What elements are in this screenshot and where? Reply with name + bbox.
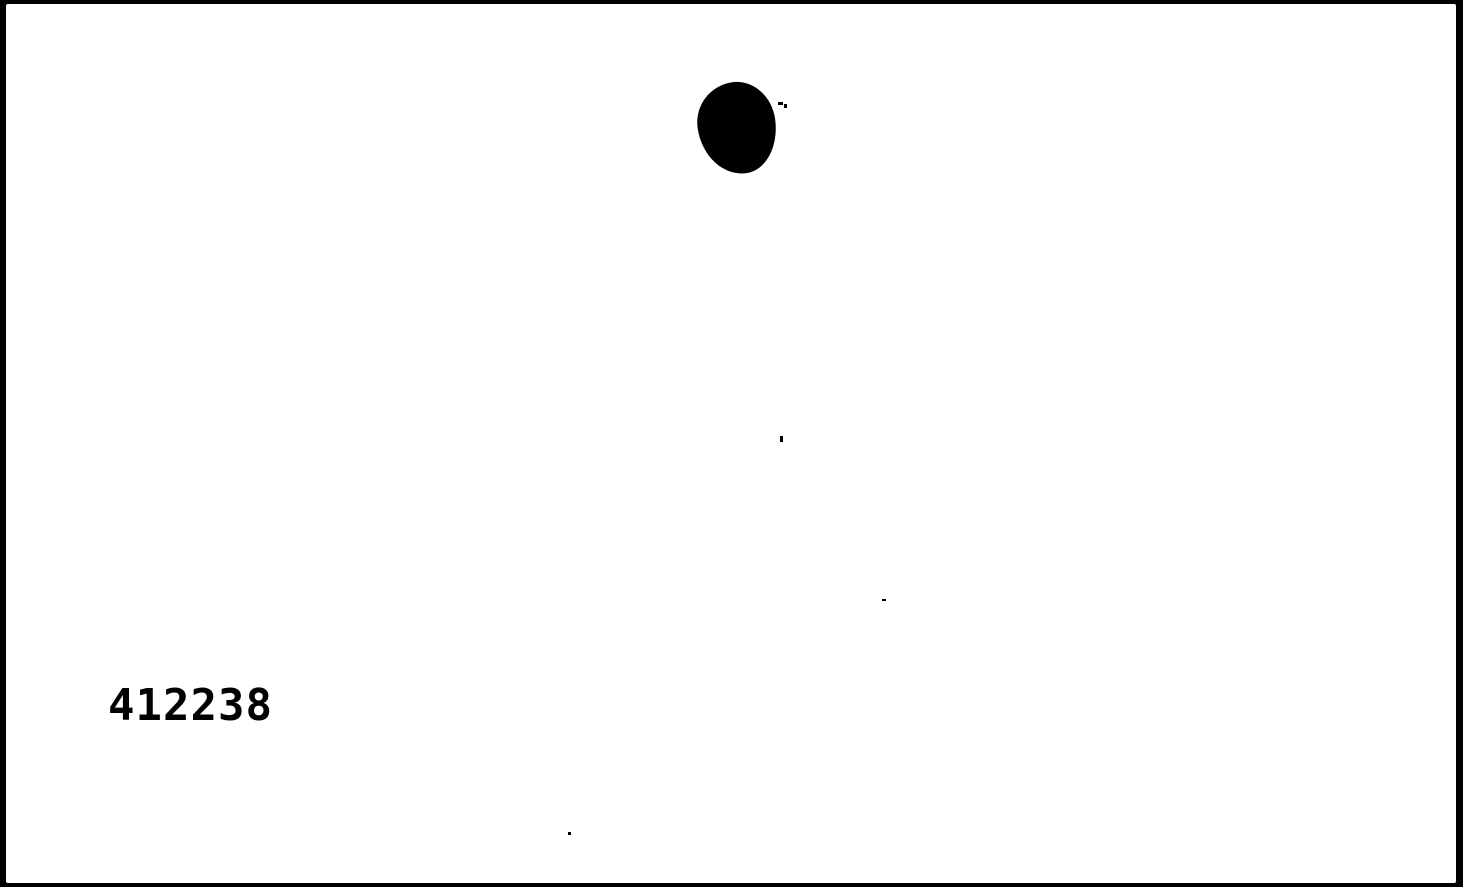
scan-speck <box>882 599 886 601</box>
scan-speck <box>780 436 783 442</box>
card-number: 412238 <box>108 684 273 728</box>
scan-edge-top <box>0 0 1463 3</box>
scan-speck <box>568 832 571 835</box>
scan-speck <box>778 102 783 105</box>
scan-speck <box>784 104 787 108</box>
scan-edge-right <box>1455 0 1463 887</box>
